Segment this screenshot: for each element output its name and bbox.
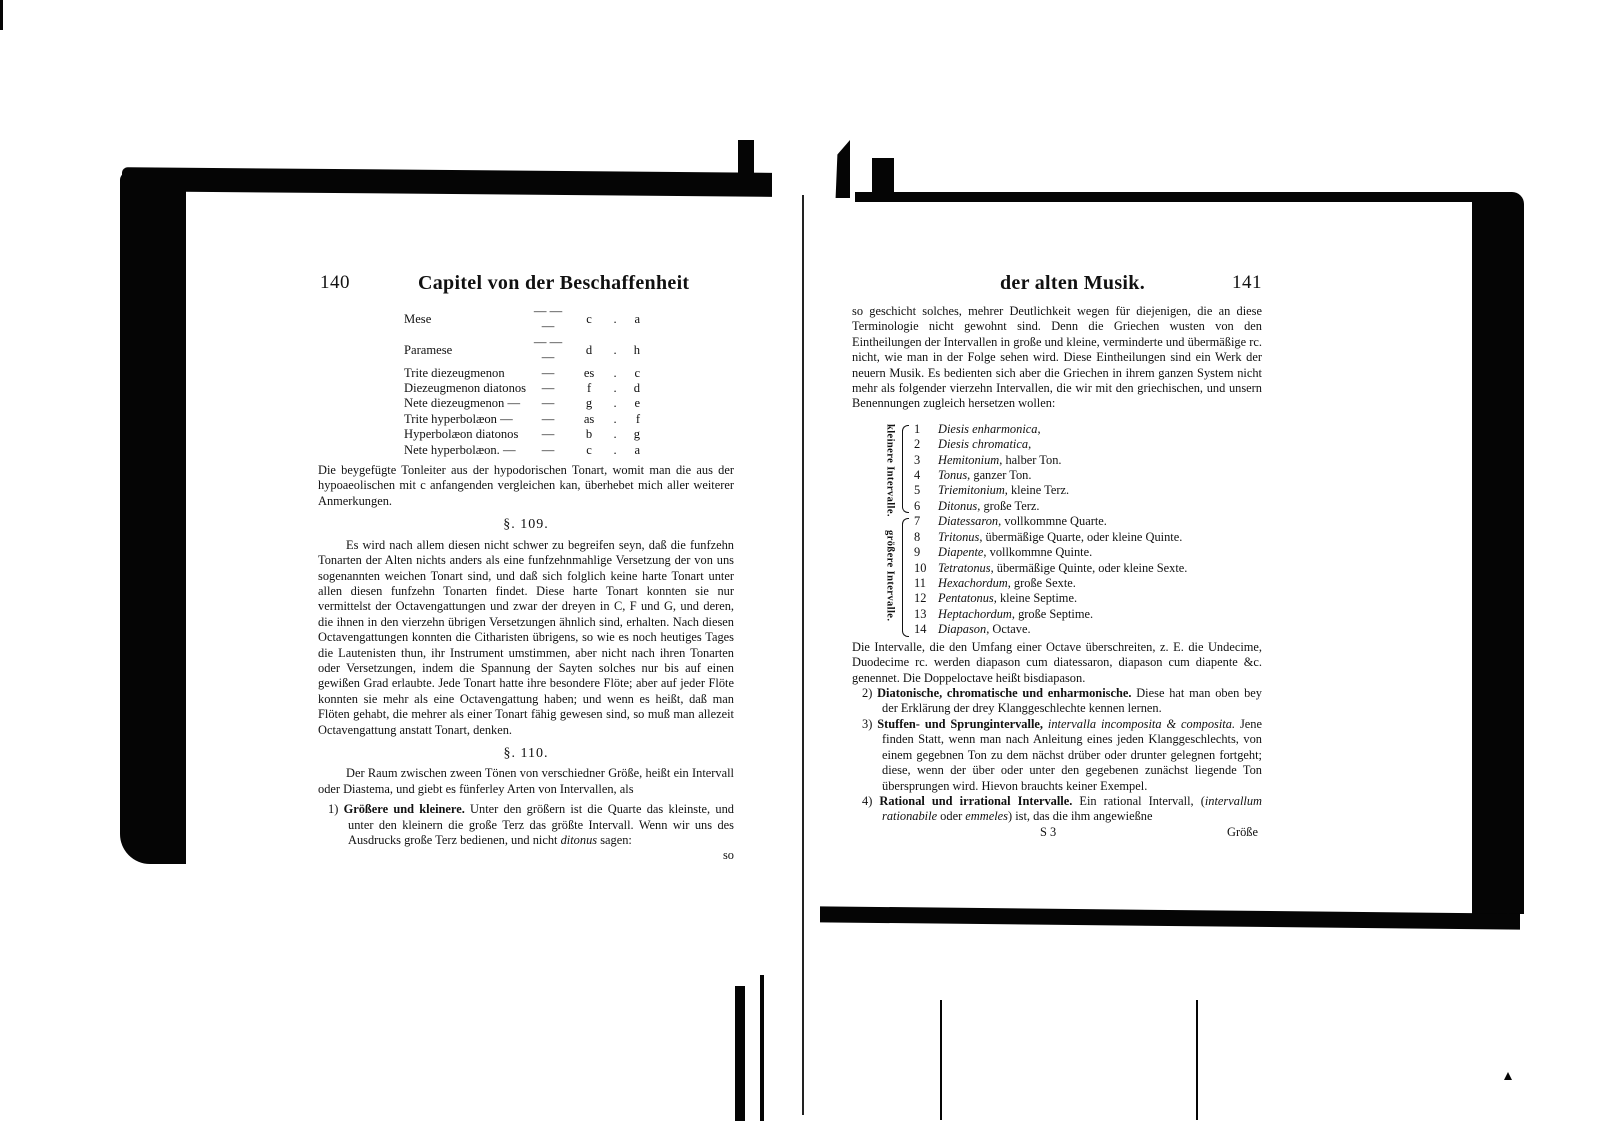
scale-note-1: es bbox=[570, 366, 608, 381]
interval-greek: Diapason bbox=[938, 622, 986, 636]
scale-name: Mese bbox=[404, 304, 526, 335]
scale-row: Nete hyperbolæon. — — c . a bbox=[404, 443, 640, 458]
scale-name: Hyperbolæon diatonos bbox=[404, 427, 526, 442]
interval-german: , Octave. bbox=[986, 622, 1030, 636]
interval-greek: Heptachordum bbox=[938, 607, 1012, 621]
list-heading: Rational und irrational Intervalle. bbox=[879, 794, 1072, 808]
scale-note-2: c bbox=[622, 366, 640, 381]
signature-mark: S 3 bbox=[1040, 825, 1056, 840]
scale-note-2: h bbox=[622, 335, 640, 366]
catchword: Größe bbox=[1227, 825, 1258, 840]
list-item-2: 2) Diatonische, chromatische und enharmo… bbox=[852, 686, 1262, 717]
list-heading: Diatonische, chromatische und enharmonis… bbox=[877, 686, 1131, 700]
interval-german: , kleine Terz. bbox=[1005, 483, 1069, 497]
scale-name: Trite diezeugmenon bbox=[404, 366, 526, 381]
scale-sep: . bbox=[608, 335, 622, 366]
brace-icon bbox=[902, 518, 909, 637]
paragraph-octave: Die Intervalle, die den Umfang einer Oct… bbox=[852, 640, 1262, 686]
interval-greek: Tetratonus bbox=[938, 561, 991, 575]
interval-number: 13 bbox=[914, 607, 938, 622]
scale-name: Nete diezeugmenon — bbox=[404, 396, 526, 411]
interval-greek: Hexachordum bbox=[938, 576, 1008, 590]
section-heading-110: §. 110. bbox=[318, 746, 734, 761]
interval-number: 3 bbox=[914, 453, 938, 468]
list-number: 1) bbox=[328, 802, 338, 816]
scale-name: Paramese bbox=[404, 335, 526, 366]
interval-item: 2Diesis chromatica, bbox=[914, 437, 1187, 452]
interval-german: , kleine Septime. bbox=[994, 591, 1077, 605]
scale-dash: — bbox=[526, 381, 570, 396]
interval-german: , bbox=[1037, 422, 1040, 436]
interval-german: , vollkommne Quarte. bbox=[998, 514, 1107, 528]
book-spine-mark-right bbox=[832, 140, 850, 198]
interval-item: 10Tetratonus, übermäßige Quinte, oder kl… bbox=[914, 561, 1187, 576]
interval-german: , übermäßige Quinte, oder kleine Sexte. bbox=[991, 561, 1188, 575]
paragraph-109: Es wird nach allem diesen nicht schwer z… bbox=[318, 538, 734, 738]
scale-dash: — — — bbox=[526, 335, 570, 366]
interval-greek: Triemitonium bbox=[938, 483, 1005, 497]
interval-list: 1Diesis enharmonica, 2Diesis chromatica,… bbox=[914, 422, 1187, 638]
list-number: 4) bbox=[862, 794, 872, 808]
interval-number: 7 bbox=[914, 514, 938, 529]
right-page-content: so geschicht solches, mehrer Deutlichkei… bbox=[852, 304, 1262, 841]
interval-greek: Diesis chromatica bbox=[938, 437, 1028, 451]
scale-note-2: a bbox=[622, 443, 640, 458]
interval-greek: Ditonus bbox=[938, 499, 977, 513]
list-number: 2) bbox=[862, 686, 872, 700]
list-item-3: 3) Stuffen- und Sprungintervalle, interv… bbox=[852, 717, 1262, 794]
scale-sep: . bbox=[608, 304, 622, 335]
interval-item: 6Ditonus, große Terz. bbox=[914, 499, 1187, 514]
interval-greek: Tonus bbox=[938, 468, 967, 482]
interval-german: , ganzer Ton. bbox=[967, 468, 1031, 482]
interval-item: 3Hemitonium, halber Ton. bbox=[914, 453, 1187, 468]
interval-number: 10 bbox=[914, 561, 938, 576]
interval-item: 1Diesis enharmonica, bbox=[914, 422, 1187, 437]
scale-dash: — bbox=[526, 427, 570, 442]
side-label-large-intervals: größere Intervalle. bbox=[882, 530, 897, 621]
scale-note-1: b bbox=[570, 427, 608, 442]
list-number: 3) bbox=[862, 717, 872, 731]
book-cover-edge-bottom-right bbox=[820, 906, 1520, 929]
interval-greek: Pentatonus bbox=[938, 591, 994, 605]
interval-greek: Tritonus bbox=[938, 530, 979, 544]
interval-greek: Diatessaron bbox=[938, 514, 998, 528]
interval-item: 13Heptachordum, große Septime. bbox=[914, 607, 1187, 622]
interval-item: 4Tonus, ganzer Ton. bbox=[914, 468, 1187, 483]
interval-number: 9 bbox=[914, 545, 938, 560]
interval-german: , übermäßige Quarte, oder kleine Quinte. bbox=[979, 530, 1182, 544]
scale-note-2: e bbox=[622, 396, 640, 411]
right-page: der alten Musik. 141 so geschicht solche… bbox=[852, 200, 1262, 900]
scan-edge-mark bbox=[0, 0, 3, 30]
scale-row: Paramese — — — d . h bbox=[404, 335, 640, 366]
scale-sep: . bbox=[608, 381, 622, 396]
brace-icon bbox=[902, 425, 909, 513]
interval-german: , halber Ton. bbox=[999, 453, 1061, 467]
interval-number: 5 bbox=[914, 483, 938, 498]
interval-number: 12 bbox=[914, 591, 938, 606]
interval-german: , vollkommne Quinte. bbox=[983, 545, 1092, 559]
scale-dash: — bbox=[526, 412, 570, 427]
book-cover-edge-right bbox=[1472, 192, 1524, 914]
gutter-shadow-2 bbox=[760, 975, 764, 1121]
scale-dash: — bbox=[526, 366, 570, 381]
scale-note-2: f bbox=[622, 412, 640, 427]
page-number: 141 bbox=[1232, 272, 1262, 294]
interval-german: , große Septime. bbox=[1012, 607, 1093, 621]
page-number: 140 bbox=[320, 272, 350, 294]
interval-number: 11 bbox=[914, 576, 938, 591]
scale-sep: . bbox=[608, 412, 622, 427]
scale-row: Trite diezeugmenon — es . c bbox=[404, 366, 640, 381]
interval-number: 4 bbox=[914, 468, 938, 483]
scale-note-1: c bbox=[570, 304, 608, 335]
scale-name: Diezeugmenon diatonos bbox=[404, 381, 526, 396]
scale-note-1: d bbox=[570, 335, 608, 366]
paragraph-intro: Die beygefügte Tonleiter aus der hypodor… bbox=[318, 463, 734, 509]
gutter-shadow bbox=[735, 986, 745, 1121]
list-item-1: 1) Größere und kleinere. Unter den größe… bbox=[318, 802, 734, 848]
interval-item: 8Tritonus, übermäßige Quarte, oder klein… bbox=[914, 530, 1187, 545]
list-text-italic: intervalla incomposita & composita. bbox=[1048, 717, 1235, 731]
scale-name: Trite hyperbolæon — bbox=[404, 412, 526, 427]
interval-number: 14 bbox=[914, 622, 938, 637]
interval-item: 9Diapente, vollkommne Quinte. bbox=[914, 545, 1187, 560]
interval-item: 5Triemitonium, kleine Terz. bbox=[914, 483, 1187, 498]
interval-item: 14Diapason, Octave. bbox=[914, 622, 1187, 637]
scale-note-2: a bbox=[622, 304, 640, 335]
interval-number: 8 bbox=[914, 530, 938, 545]
section-heading-109: §. 109. bbox=[318, 517, 734, 532]
scale-dash: — — — bbox=[526, 304, 570, 335]
scale-note-2: d bbox=[622, 381, 640, 396]
scale-table: Mese — — — c . a Paramese — — — d . h Tr… bbox=[404, 304, 640, 458]
interval-number: 2 bbox=[914, 437, 938, 452]
scale-row: Mese — — — c . a bbox=[404, 304, 640, 335]
scale-sep: . bbox=[608, 366, 622, 381]
side-label-small-intervals: kleinere Intervalle. bbox=[882, 424, 897, 517]
scale-sep: . bbox=[608, 443, 622, 458]
interval-german: , große Sexte. bbox=[1008, 576, 1076, 590]
scale-note-2: g bbox=[622, 427, 640, 442]
scale-sep: . bbox=[608, 396, 622, 411]
list-text: ) ist, das die ihm angewießne bbox=[1008, 809, 1153, 823]
left-page-content: Mese — — — c . a Paramese — — — d . h Tr… bbox=[318, 304, 734, 864]
scale-row: Hyperbolæon diatonos — b . g bbox=[404, 427, 640, 442]
list-heading: Stuffen- und Sprungintervalle, bbox=[877, 717, 1043, 731]
paragraph-continued: so geschicht solches, mehrer Deutlichkei… bbox=[852, 304, 1262, 412]
interval-item: 12Pentatonus, kleine Septime. bbox=[914, 591, 1187, 606]
list-item-4: 4) Rational und irrational Intervalle. E… bbox=[852, 794, 1262, 825]
scale-dash: — bbox=[526, 396, 570, 411]
running-head: Capitel von der Beschaffenheit bbox=[418, 272, 689, 295]
interval-greek: Diapente bbox=[938, 545, 983, 559]
list-text-italic: emmeles bbox=[965, 809, 1008, 823]
scale-row: Nete diezeugmenon — — g . e bbox=[404, 396, 640, 411]
book-gutter bbox=[802, 195, 804, 1115]
book-cover-edge-left bbox=[120, 172, 186, 864]
left-page: 140 Capitel von der Beschaffenheit Mese … bbox=[318, 200, 734, 900]
interval-greek: Hemitonium bbox=[938, 453, 999, 467]
page-footer: S 3 Größe bbox=[852, 825, 1262, 841]
list-text: sagen: bbox=[597, 833, 632, 847]
scale-dash: — bbox=[526, 443, 570, 458]
scale-note-1: f bbox=[570, 381, 608, 396]
running-head: der alten Musik. bbox=[1000, 272, 1145, 295]
scale-note-1: as bbox=[570, 412, 608, 427]
catchword: so bbox=[318, 848, 734, 863]
interval-greek: Diesis enharmonica bbox=[938, 422, 1037, 436]
scale-sep: . bbox=[608, 427, 622, 442]
interval-german: , große Terz. bbox=[977, 499, 1039, 513]
scale-row: Diezeugmenon diatonos — f . d bbox=[404, 381, 640, 396]
interval-number: 1 bbox=[914, 422, 938, 437]
scale-name: Nete hyperbolæon. — bbox=[404, 443, 526, 458]
interval-list-block: kleinere Intervalle. größere Intervalle.… bbox=[852, 422, 1262, 638]
scale-row: Trite hyperbolæon — — as . f bbox=[404, 412, 640, 427]
scale-note-1: g bbox=[570, 396, 608, 411]
page-edge-line bbox=[1196, 1000, 1198, 1120]
interval-german: , bbox=[1028, 437, 1031, 451]
paragraph-110: Der Raum zwischen zween Tönen von versch… bbox=[318, 766, 734, 797]
interval-item: 7Diatessaron, vollkommne Quarte. bbox=[914, 514, 1187, 529]
page-edge-line bbox=[940, 1000, 942, 1120]
list-text: Ein rational Intervall, ( bbox=[1079, 794, 1204, 808]
scan-corner-mark bbox=[1504, 1072, 1512, 1080]
book-cover-edge-top-left bbox=[122, 167, 772, 197]
interval-item: 11Hexachordum, große Sexte. bbox=[914, 576, 1187, 591]
scale-note-1: c bbox=[570, 443, 608, 458]
book-spine-mark-left bbox=[738, 140, 754, 196]
list-text-italic: ditonus bbox=[561, 833, 598, 847]
list-text: oder bbox=[937, 809, 965, 823]
list-heading: Größere und kleinere. bbox=[344, 802, 465, 816]
interval-number: 6 bbox=[914, 499, 938, 514]
